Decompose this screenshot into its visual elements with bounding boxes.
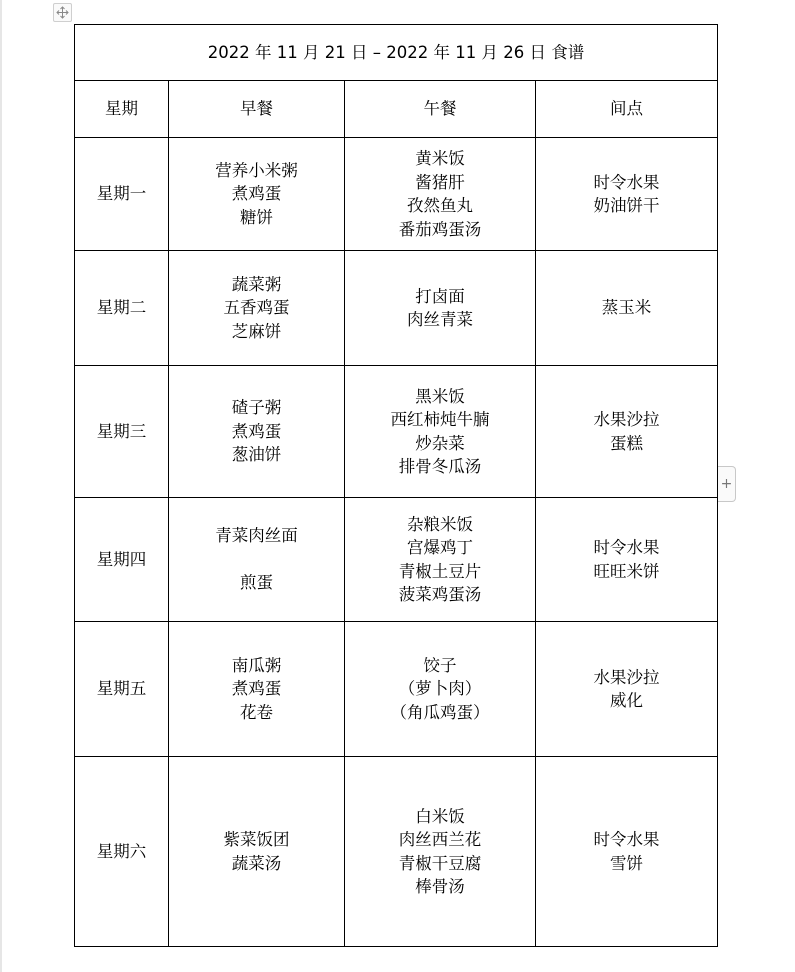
menu-item: 孜然鱼丸 (345, 194, 535, 218)
lunch-cell: 白米饭肉丝西兰花青椒干豆腐棒骨汤 (345, 757, 536, 947)
snack-cell: 蒸玉米 (536, 251, 718, 366)
menu-item (169, 548, 344, 572)
menu-item: 花卷 (169, 701, 344, 725)
menu-item: 煮鸡蛋 (169, 420, 344, 444)
menu-item: 时令水果 (536, 536, 717, 560)
menu-item: 蔬菜粥 (169, 273, 344, 297)
menu-item: 饺子 (345, 654, 535, 678)
menu-item: 煎蛋 (169, 571, 344, 595)
menu-item: 碴子粥 (169, 396, 344, 420)
menu-item: 糖饼 (169, 206, 344, 230)
menu-item: 排骨冬瓜汤 (345, 455, 535, 479)
menu-item: 威化 (536, 689, 717, 713)
table-row: 星期三碴子粥煮鸡蛋葱油饼黑米饭西红柿炖牛腩炒杂菜排骨冬瓜汤水果沙拉蛋糕 (75, 366, 718, 498)
table-row: 星期六紫菜饭团蔬菜汤白米饭肉丝西兰花青椒干豆腐棒骨汤时令水果雪饼 (75, 757, 718, 947)
breakfast-cell: 青菜肉丝面煎蛋 (169, 498, 345, 622)
snack-cell: 水果沙拉蛋糕 (536, 366, 718, 498)
move-arrows-icon (56, 6, 69, 19)
header-row: 星期 早餐 午餐 间点 (75, 81, 718, 138)
snack-cell: 时令水果雪饼 (536, 757, 718, 947)
breakfast-cell: 南瓜粥煮鸡蛋花卷 (169, 622, 345, 757)
menu-item: 蔬菜汤 (169, 852, 344, 876)
menu-item: 水果沙拉 (536, 408, 717, 432)
add-row-button[interactable]: + (718, 466, 736, 502)
lunch-cell: 黑米饭西红柿炖牛腩炒杂菜排骨冬瓜汤 (345, 366, 536, 498)
menu-item: （角瓜鸡蛋） (345, 701, 535, 725)
breakfast-cell: 碴子粥煮鸡蛋葱油饼 (169, 366, 345, 498)
breakfast-cell: 营养小米粥煮鸡蛋糖饼 (169, 138, 345, 251)
menu-item: 紫菜饭团 (169, 828, 344, 852)
menu-item: 肉丝青菜 (345, 308, 535, 332)
menu-item: 旺旺米饼 (536, 560, 717, 584)
breakfast-cell: 蔬菜粥五香鸡蛋芝麻饼 (169, 251, 345, 366)
menu-item: 时令水果 (536, 828, 717, 852)
menu-item: 雪饼 (536, 852, 717, 876)
snack-cell: 水果沙拉威化 (536, 622, 718, 757)
header-lunch: 午餐 (345, 81, 536, 138)
day-cell: 星期四 (75, 498, 169, 622)
menu-item: 宫爆鸡丁 (345, 536, 535, 560)
menu-item: 菠菜鸡蛋汤 (345, 583, 535, 607)
menu-item: 番茄鸡蛋汤 (345, 218, 535, 242)
menu-item: 肉丝西兰花 (345, 828, 535, 852)
table-row: 星期四青菜肉丝面煎蛋杂粮米饭宫爆鸡丁青椒土豆片菠菜鸡蛋汤时令水果旺旺米饼 (75, 498, 718, 622)
header-day: 星期 (75, 81, 169, 138)
menu-item: 黄米饭 (345, 147, 535, 171)
lunch-cell: 黄米饭酱猪肝孜然鱼丸番茄鸡蛋汤 (345, 138, 536, 251)
title-row: 2022 年 11 月 21 日 – 2022 年 11 月 26 日 食谱 (75, 25, 718, 81)
breakfast-cell: 紫菜饭团蔬菜汤 (169, 757, 345, 947)
menu-item: 青菜肉丝面 (169, 524, 344, 548)
header-breakfast: 早餐 (169, 81, 345, 138)
menu-item: 五香鸡蛋 (169, 296, 344, 320)
menu-item: 炒杂菜 (345, 432, 535, 456)
menu-item: 黑米饭 (345, 385, 535, 409)
lunch-cell: 杂粮米饭宫爆鸡丁青椒土豆片菠菜鸡蛋汤 (345, 498, 536, 622)
menu-item: 西红柿炖牛腩 (345, 408, 535, 432)
day-cell: 星期二 (75, 251, 169, 366)
menu-item: 青椒干豆腐 (345, 852, 535, 876)
menu-item: 奶油饼干 (536, 194, 717, 218)
menu-item: 打卤面 (345, 285, 535, 309)
snack-cell: 时令水果奶油饼干 (536, 138, 718, 251)
table-row: 星期一营养小米粥煮鸡蛋糖饼黄米饭酱猪肝孜然鱼丸番茄鸡蛋汤时令水果奶油饼干 (75, 138, 718, 251)
menu-item: 时令水果 (536, 171, 717, 195)
header-snack: 间点 (536, 81, 718, 138)
menu-item: 营养小米粥 (169, 159, 344, 183)
page-left-edge (0, 0, 2, 972)
menu-item: 煮鸡蛋 (169, 677, 344, 701)
weekly-menu-table: 2022 年 11 月 21 日 – 2022 年 11 月 26 日 食谱 星… (74, 24, 718, 947)
menu-item: （萝卜肉） (345, 677, 535, 701)
menu-item: 蒸玉米 (536, 296, 717, 320)
menu-item: 蛋糕 (536, 432, 717, 456)
menu-item: 棒骨汤 (345, 875, 535, 899)
menu-item: 杂粮米饭 (345, 513, 535, 537)
day-cell: 星期一 (75, 138, 169, 251)
lunch-cell: 打卤面肉丝青菜 (345, 251, 536, 366)
table-row: 星期二蔬菜粥五香鸡蛋芝麻饼打卤面肉丝青菜蒸玉米 (75, 251, 718, 366)
menu-item: 水果沙拉 (536, 666, 717, 690)
day-cell: 星期六 (75, 757, 169, 947)
menu-item: 芝麻饼 (169, 320, 344, 344)
menu-item: 酱猪肝 (345, 171, 535, 195)
menu-item: 南瓜粥 (169, 654, 344, 678)
snack-cell: 时令水果旺旺米饼 (536, 498, 718, 622)
day-cell: 星期五 (75, 622, 169, 757)
table-row: 星期五南瓜粥煮鸡蛋花卷饺子（萝卜肉）（角瓜鸡蛋）水果沙拉威化 (75, 622, 718, 757)
plus-icon: + (721, 476, 733, 492)
lunch-cell: 饺子（萝卜肉）（角瓜鸡蛋） (345, 622, 536, 757)
menu-item: 煮鸡蛋 (169, 182, 344, 206)
day-cell: 星期三 (75, 366, 169, 498)
table-move-handle[interactable] (53, 3, 72, 22)
menu-item: 青椒土豆片 (345, 560, 535, 584)
menu-item: 白米饭 (345, 805, 535, 829)
menu-item: 葱油饼 (169, 443, 344, 467)
menu-title: 2022 年 11 月 21 日 – 2022 年 11 月 26 日 食谱 (75, 25, 718, 81)
